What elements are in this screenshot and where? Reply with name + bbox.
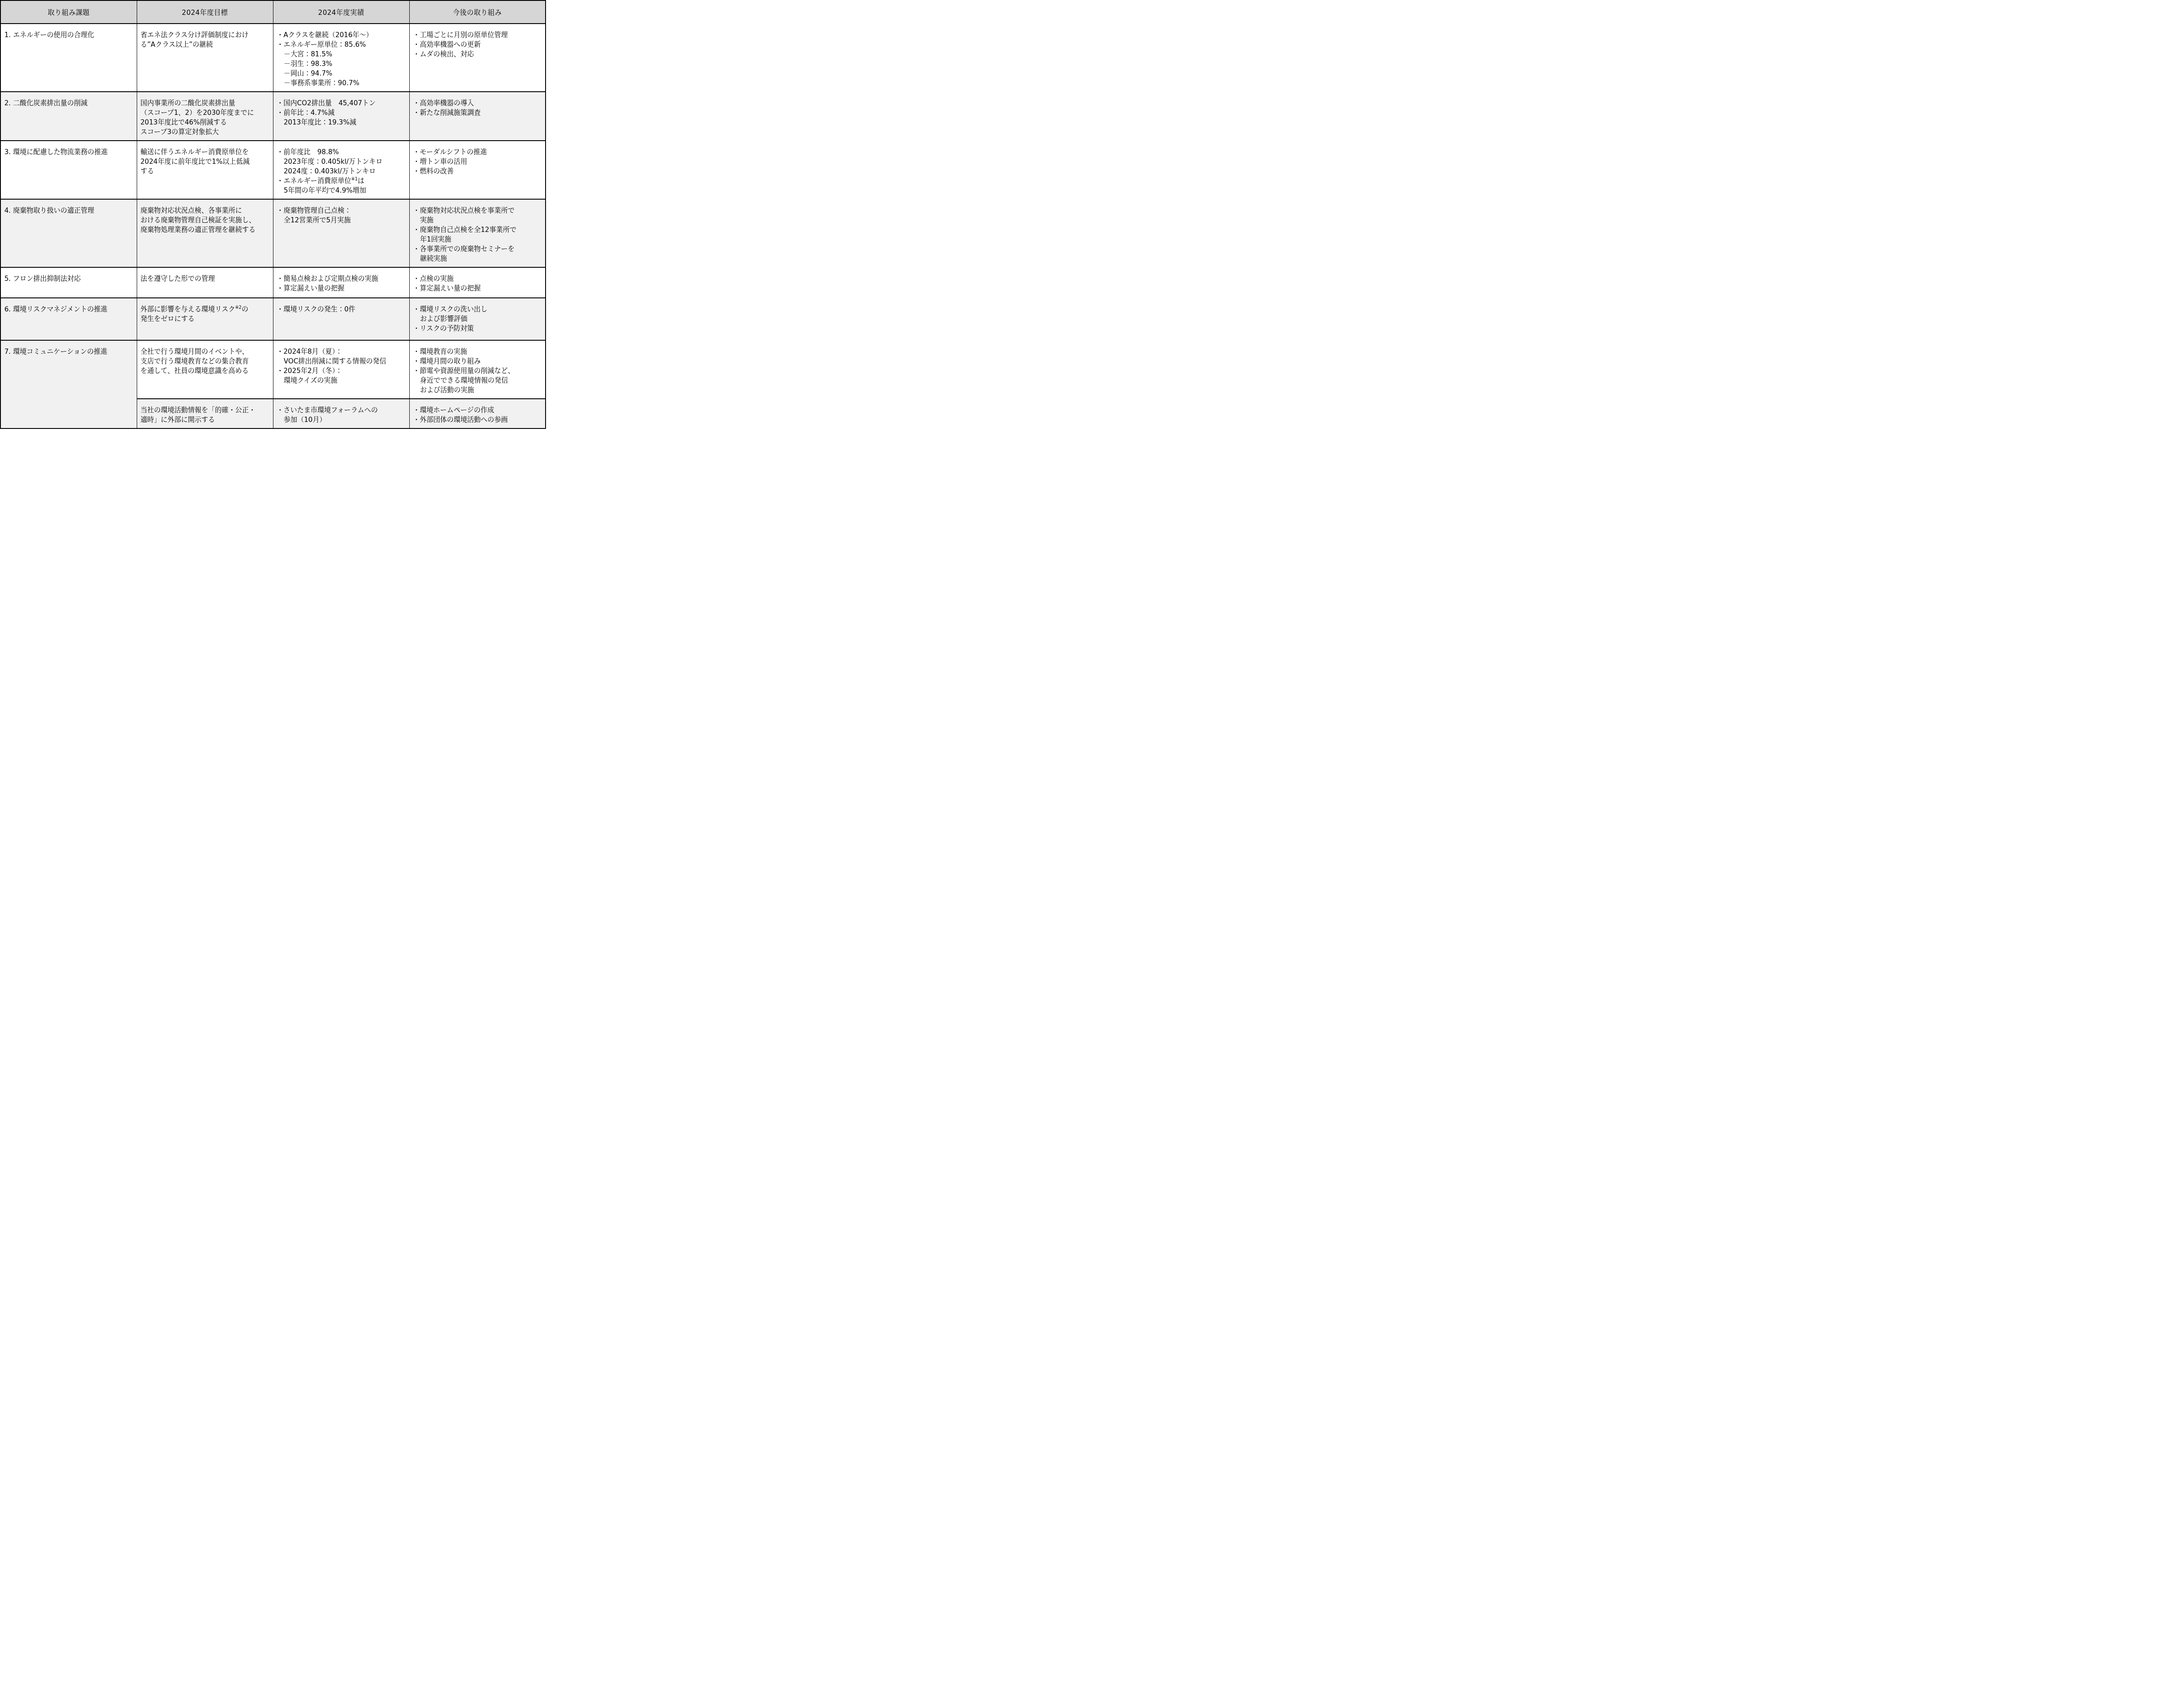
text-line: （スコープ1、2）を2030年度までに	[141, 108, 269, 117]
table-row-6: 6. 環境リスクマネジメントの推進外部に影響を与える環境リスク※2の発生をゼロに…	[0, 298, 546, 340]
cell-row4-target: 廃棄物対応状況点検、各事業所における廃棄物管理自己検証を実施し、廃棄物処理業務の…	[137, 199, 273, 267]
text-line: ・環境ホームページの作成	[413, 405, 541, 415]
cell-row8-future: ・環境ホームページの作成・外部団体の環境活動への参画	[409, 399, 546, 428]
cell-row8-target: 当社の環境活動情報を「的確・公正・適時」に外部に開示する	[137, 399, 273, 428]
cell-row1-target: 省エネ法クラス分け評価制度における”Aクラス以上”の継続	[137, 24, 273, 92]
text-line: 2. 二酸化炭素排出量の削減	[4, 98, 132, 108]
cell-row7-issue: 7. 環境コミュニケーションの推進	[0, 340, 137, 428]
cell-row5-result: ・簡易点検および定期点検の実施・算定漏えい量の把握	[273, 267, 409, 298]
text-line: 2013年度比：19.3%減	[277, 117, 405, 127]
cell-row6-result: ・環境リスクの発生：0件	[273, 298, 409, 340]
text-line: 2023年度：0.405kl/万トンキロ	[277, 157, 405, 166]
column-header-4: 今後の取り組み	[409, 0, 546, 24]
text-line: ・2025年2月（冬）：	[277, 366, 405, 376]
footnote-marker: ※1	[351, 177, 358, 182]
text-line: ・工場ごとに月別の原単位管理	[413, 30, 541, 40]
text-line: スコープ3の算定対象拡大	[141, 127, 269, 137]
text-line: 2024年度に前年度比で1%以上低減	[141, 157, 269, 166]
text-line: ・算定漏えい量の把握	[277, 283, 405, 293]
cell-row5-target: 法を遵守した形での管理	[137, 267, 273, 298]
text-line: 省エネ法クラス分け評価制度におけ	[141, 30, 269, 40]
text-line: VOC排出削減に関する情報の発信	[277, 356, 405, 366]
text-line: ・環境リスクの発生：0件	[277, 304, 405, 314]
cell-row5-issue: 5. フロン排出抑制法対応	[0, 267, 137, 298]
cell-row3-target: 輸送に伴うエネルギー消費原単位を2024年度に前年度比で1%以上低減する	[137, 141, 273, 199]
text-line: －大宮：81.5%	[277, 49, 405, 59]
column-header-2: 2024年度目標	[137, 0, 273, 24]
text-line: ・高効率機器の導入	[413, 98, 541, 108]
text-line: ・環境教育の実施	[413, 347, 541, 356]
text-line: を通して、社員の環境意識を高める	[141, 366, 269, 376]
cell-row2-issue: 2. 二酸化炭素排出量の削減	[0, 92, 137, 141]
text-line: ・国内CO2排出量 45,407トン	[277, 98, 405, 108]
text-line: ・エネルギー消費原単位※1は	[277, 176, 405, 186]
text-line: 6. 環境リスクマネジメントの推進	[4, 304, 132, 314]
cell-row7-future: ・環境教育の実施・環境月間の取り組み・節電や資源使用量の削減など、身近でできる環…	[409, 340, 546, 399]
text-line: 2024度：0.403kl/万トンキロ	[277, 166, 405, 176]
text-line: 2013年度比で46%削減する	[141, 117, 269, 127]
text-line: 環境クイズの実施	[277, 376, 405, 385]
cell-row2-result: ・国内CO2排出量 45,407トン・前年比：4.7%減2013年度比：19.3…	[273, 92, 409, 141]
text-line: 法を遵守した形での管理	[141, 274, 269, 283]
text-line: 支店で行う環境教育などの集合教育	[141, 356, 269, 366]
text-line: ・Aクラスを継続（2016年～）	[277, 30, 405, 40]
text-line: ・前年度比 98.8%	[277, 147, 405, 157]
cell-row1-future: ・工場ごとに月別の原単位管理・高効率機器への更新・ムダの検出、対応	[409, 24, 546, 92]
text-line: 4. 廃棄物取り扱いの適正管理	[4, 206, 132, 215]
text-line: 5. フロン排出抑制法対応	[4, 274, 132, 283]
text-line: 7. 環境コミュニケーションの推進	[4, 347, 132, 356]
header-row: 取り組み課題2024年度目標2024年度実績今後の取り組み	[0, 0, 546, 24]
text-line: 輸送に伴うエネルギー消費原単位を	[141, 147, 269, 157]
table-row-5: 5. フロン排出抑制法対応法を遵守した形での管理・簡易点検および定期点検の実施・…	[0, 267, 546, 298]
cell-row4-future: ・廃棄物対応状況点検を事業所で実施・廃棄物自己点検を全12事業所で年1回実施・各…	[409, 199, 546, 267]
cell-row7-target: 全社で行う環境月間のイベントや、支店で行う環境教育などの集合教育を通して、社員の…	[137, 340, 273, 399]
cell-row4-issue: 4. 廃棄物取り扱いの適正管理	[0, 199, 137, 267]
text-line: 全社で行う環境月間のイベントや、	[141, 347, 269, 356]
text-line: 発生をゼロにする	[141, 314, 269, 324]
text-line: ・点検の実施	[413, 274, 541, 283]
text-line: 5年間の年平均で4.9%増加	[277, 186, 405, 195]
report-page: 取り組み課題2024年度目標2024年度実績今後の取り組み 1. エネルギーの使…	[0, 0, 546, 429]
text-line: ・モーダルシフトの推進	[413, 147, 541, 157]
text-line: おける廃棄物管理自己検証を実施し、	[141, 215, 269, 225]
text-line: 1. エネルギーの使用の合理化	[4, 30, 132, 40]
cell-row1-issue: 1. エネルギーの使用の合理化	[0, 24, 137, 92]
text-line: ・前年比：4.7%減	[277, 108, 405, 117]
text-line: 廃棄物処理業務の適正管理を継続する	[141, 225, 269, 235]
text-line: ・リスクの予防対策	[413, 324, 541, 333]
text-line: ・さいたま市環境フォーラムへの	[277, 405, 405, 415]
cell-row6-issue: 6. 環境リスクマネジメントの推進	[0, 298, 137, 340]
cell-row7-result: ・2024年8月（夏）：VOC排出削減に関する情報の発信・2025年2月（冬）：…	[273, 340, 409, 399]
text-line: ・エネルギー原単位：85.6%	[277, 40, 405, 49]
text-line: ・算定漏えい量の把握	[413, 283, 541, 293]
text-line: ・環境リスクの洗い出し	[413, 304, 541, 314]
text-line: 3. 環境に配慮した物流業務の推進	[4, 147, 132, 157]
text-line: ・廃棄物対応状況点検を事業所で	[413, 206, 541, 215]
cell-row3-future: ・モーダルシフトの推進・増トン車の活用・燃料の改善	[409, 141, 546, 199]
text-line: －岡山：94.7%	[277, 69, 405, 78]
cell-row3-result: ・前年度比 98.8%2023年度：0.405kl/万トンキロ2024度：0.4…	[273, 141, 409, 199]
text-line: る”Aクラス以上”の継続	[141, 40, 269, 49]
column-header-1: 取り組み課題	[0, 0, 137, 24]
text-line: 全12営業所で5月実施	[277, 215, 405, 225]
text-line: ・節電や資源使用量の削減など、	[413, 366, 541, 376]
cell-row6-target: 外部に影響を与える環境リスク※2の発生をゼロにする	[137, 298, 273, 340]
cell-row2-target: 国内事業所の二酸化炭素排出量（スコープ1、2）を2030年度までに2013年度比…	[137, 92, 273, 141]
text-line: 当社の環境活動情報を「的確・公正・	[141, 405, 269, 415]
table-row-1: 1. エネルギーの使用の合理化省エネ法クラス分け評価制度における”Aクラス以上”…	[0, 24, 546, 92]
text-line: ・廃棄物管理自己点検：	[277, 206, 405, 215]
cell-row5-future: ・点検の実施・算定漏えい量の把握	[409, 267, 546, 298]
text-line: 外部に影響を与える環境リスク※2の	[141, 304, 269, 314]
text-line: ・増トン車の活用	[413, 157, 541, 166]
text-line: 適時」に外部に開示する	[141, 415, 269, 425]
text-line: および活動の実施	[413, 385, 541, 395]
cell-row4-result: ・廃棄物管理自己点検：全12営業所で5月実施	[273, 199, 409, 267]
text-line: ・燃料の改善	[413, 166, 541, 176]
text-line: する	[141, 166, 269, 176]
text-line: 参加（10月）	[277, 415, 405, 425]
text-line: －羽生：98.3%	[277, 59, 405, 69]
text-line: －事務系事業所：90.7%	[277, 78, 405, 88]
table-row-4: 4. 廃棄物取り扱いの適正管理廃棄物対応状況点検、各事業所における廃棄物管理自己…	[0, 199, 546, 267]
text-line: ・廃棄物自己点検を全12事業所で	[413, 225, 541, 235]
text-line: 年1回実施	[413, 235, 541, 244]
text-line: ・各事業所での廃棄物セミナーを	[413, 244, 541, 254]
text-line: ・新たな削減施策調査	[413, 108, 541, 117]
table-row-2: 2. 二酸化炭素排出量の削減国内事業所の二酸化炭素排出量（スコープ1、2）を20…	[0, 92, 546, 141]
column-header-3: 2024年度実績	[273, 0, 409, 24]
text-line: ・簡易点検および定期点検の実施	[277, 274, 405, 283]
footnote-marker: ※2	[235, 305, 242, 310]
table-header: 取り組み課題2024年度目標2024年度実績今後の取り組み	[0, 0, 546, 24]
text-line: ・2024年8月（夏）：	[277, 347, 405, 356]
cell-row1-result: ・Aクラスを継続（2016年～）・エネルギー原単位：85.6%－大宮：81.5%…	[273, 24, 409, 92]
cell-row3-issue: 3. 環境に配慮した物流業務の推進	[0, 141, 137, 199]
text-line: ・環境月間の取り組み	[413, 356, 541, 366]
table-row-3: 3. 環境に配慮した物流業務の推進輸送に伴うエネルギー消費原単位を2024年度に…	[0, 141, 546, 199]
table-row-7: 7. 環境コミュニケーションの推進全社で行う環境月間のイベントや、支店で行う環境…	[0, 340, 546, 399]
table-body: 1. エネルギーの使用の合理化省エネ法クラス分け評価制度における”Aクラス以上”…	[0, 24, 546, 428]
environment-initiatives-table: 取り組み課題2024年度目標2024年度実績今後の取り組み 1. エネルギーの使…	[0, 0, 546, 429]
cell-row6-future: ・環境リスクの洗い出しおよび影響評価・リスクの予防対策	[409, 298, 546, 340]
text-line: ・高効率機器への更新	[413, 40, 541, 49]
text-line: 実施	[413, 215, 541, 225]
text-line: 身近でできる環境情報の発信	[413, 376, 541, 385]
text-line: および影響評価	[413, 314, 541, 324]
text-line: 国内事業所の二酸化炭素排出量	[141, 98, 269, 108]
text-line: ・ムダの検出、対応	[413, 49, 541, 59]
cell-row2-future: ・高効率機器の導入・新たな削減施策調査	[409, 92, 546, 141]
text-line: 継続実施	[413, 254, 541, 263]
cell-row8-result: ・さいたま市環境フォーラムへの参加（10月）	[273, 399, 409, 428]
text-line: 廃棄物対応状況点検、各事業所に	[141, 206, 269, 215]
text-line: ・外部団体の環境活動への参画	[413, 415, 541, 425]
